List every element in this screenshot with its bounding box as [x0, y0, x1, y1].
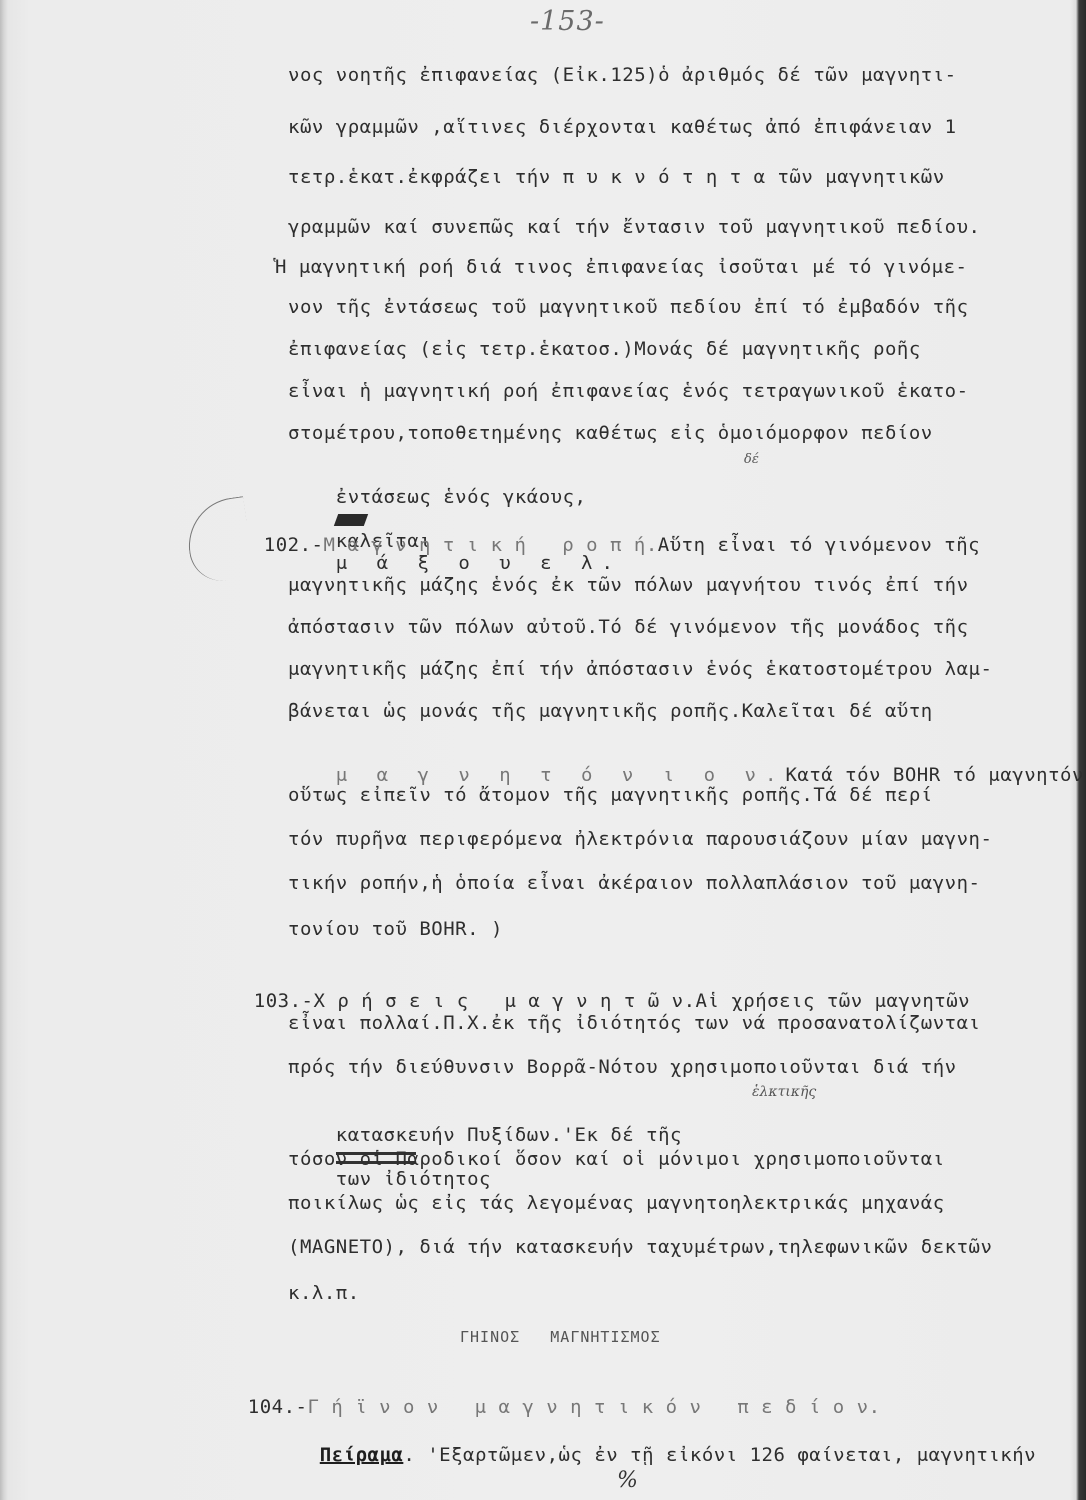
scanned-document-page: -153- νος νοητῆς ἐπιφανείας (Εἰκ.125)ὁ ἀ… [0, 0, 1086, 1500]
experiment-label: Πείραμα [320, 1444, 404, 1466]
section-title: Γ ή ϊ ν ο ν μ α γ ν η τ ι κ ό ν π ε δ ί … [307, 1396, 880, 1418]
handwritten-insert: δέ [744, 452, 759, 467]
text-line: τικήν ροπήν,ἡ ὁποία εἶναι ἀκέραιον πολλα… [288, 872, 980, 894]
text-line: Ἡ μαγνητική ροή διά τινος ἐπιφανείας ἰσο… [275, 256, 967, 278]
text-segment: . 'Εξαρτῶμεν,ὡς ἐν τῇ εἰκόνι 126 φαίνετα… [403, 1444, 1036, 1466]
text-line: τόσον οἱ Παροδικοί ὅσον καί οἱ μόνιμοι χ… [288, 1148, 945, 1170]
text-segment: κατασκευήν Πυξίδων.'Εκ δέ τῆς [336, 1124, 682, 1146]
section-title: Χ ρ ή σ ε ι ς μ α γ ν η τ ῶ ν. [313, 990, 695, 1012]
text-line: μαγνητικῆς μάζης ἐπί τήν ἀπόστασιν ἑνός … [288, 658, 992, 680]
section-number: 102.- [264, 534, 324, 556]
section-102-heading: 102.-Μ α γ ν η τ ι κ ή ρ ο π ή.Αὕτη εἶνα… [216, 512, 980, 578]
text-line: κ.λ.π. [288, 1282, 360, 1304]
chapter-heading: ΓΗΙΝΟΣ ΜΑΓΝΗΤΙΣΜΟΣ [460, 1328, 661, 1346]
text-line: εἶναι πολλαί.Π.Χ.ἐκ τῆς ἰδιότητός των νά… [288, 1012, 980, 1034]
text-line: Πείραμα. 'Εξαρτῶμεν,ὡς ἐν τῇ εἰκόνι 126 … [272, 1422, 1036, 1488]
text-segment: ἐντάσεως ἑνός γκάους, [336, 486, 587, 508]
bottom-mark: % [617, 1468, 638, 1493]
text-line: στομέτρου,τοποθετημένης καθέτως εἰς ὁμοι… [288, 422, 933, 444]
text-line: τονίου τοῦ BOHR. ) [288, 918, 503, 940]
text-line: (MAGNETO), διά τήν κατασκευήν ταχυμέτρων… [288, 1236, 992, 1258]
text-line: οὕτως εἰπεῖν τό ἄτομον τῆς μαγνητικῆς ρο… [288, 784, 933, 806]
page-number: -153- [530, 6, 605, 37]
section-number: 103.- [254, 990, 314, 1012]
text-line: νος νοητῆς ἐπιφανείας (Εἰκ.125)ὁ ἀριθμός… [288, 64, 957, 86]
section-title: Μ α γ ν η τ ι κ ή ρ ο π ή. [323, 534, 657, 556]
text-line: βάνεται ὡς μονάς τῆς μαγνητικῆς ροπῆς.Κα… [288, 700, 933, 722]
text-line: ποικίλως ὡς εἰς τάς λεγομένας μαγνητοηλε… [288, 1192, 945, 1214]
text-line: γραμμῶν καί συνεπῶς καί τήν ἔντασιν τοῦ … [288, 216, 980, 238]
text-line: ἐπιφανείας (εἰς τετρ.ἑκατοσ.)Μονάς δέ μα… [288, 338, 921, 360]
text-line: τετρ.ἑκατ.ἐκφράζει τήν π υ κ ν ό τ η τ α… [288, 166, 945, 188]
text-line: ἀπόστασιν τῶν πόλων αὐτοῦ.Τό δέ γινόμενο… [288, 616, 969, 638]
text-segment: Αὕτη εἶναι τό γινόμενον τῆς [658, 534, 980, 556]
text-line: κῶν γραμμῶν ,αἵτινες διέρχονται καθέτως … [288, 116, 957, 138]
text-segment: Κατά τόν BOHR τό μαγνητόνιον εἶναι [785, 764, 1086, 786]
text-segment: Αἱ χρήσεις τῶν μαγνητῶν [696, 990, 971, 1012]
text-line: πρός τήν διεύθυνσιν Βορρᾶ-Νότου χρησιμοπ… [288, 1056, 957, 1078]
text-segment: των ἰδιότητος [336, 1168, 491, 1190]
text-line: νον τῆς ἐντάσεως τοῦ μαγνητικοῦ πεδίου ἐ… [288, 296, 969, 318]
section-number: 104.- [248, 1396, 308, 1418]
text-line: μαγνητικῆς μάζης ἑνός ἐκ τῶν πόλων μαγνή… [288, 574, 969, 596]
handwritten-insert: ἑλκτικῆς [752, 1084, 816, 1100]
spaced-term-magneton: μ α γ ν η τ ό ν ι ο ν. [336, 764, 786, 786]
text-line: τόν πυρῆνα περιφερόμενα ἠλεκτρόνια παρου… [288, 828, 992, 850]
text-line: εἶναι ἡ μαγνητική ροή ἐπιφανείας ἑνός τε… [288, 380, 969, 402]
